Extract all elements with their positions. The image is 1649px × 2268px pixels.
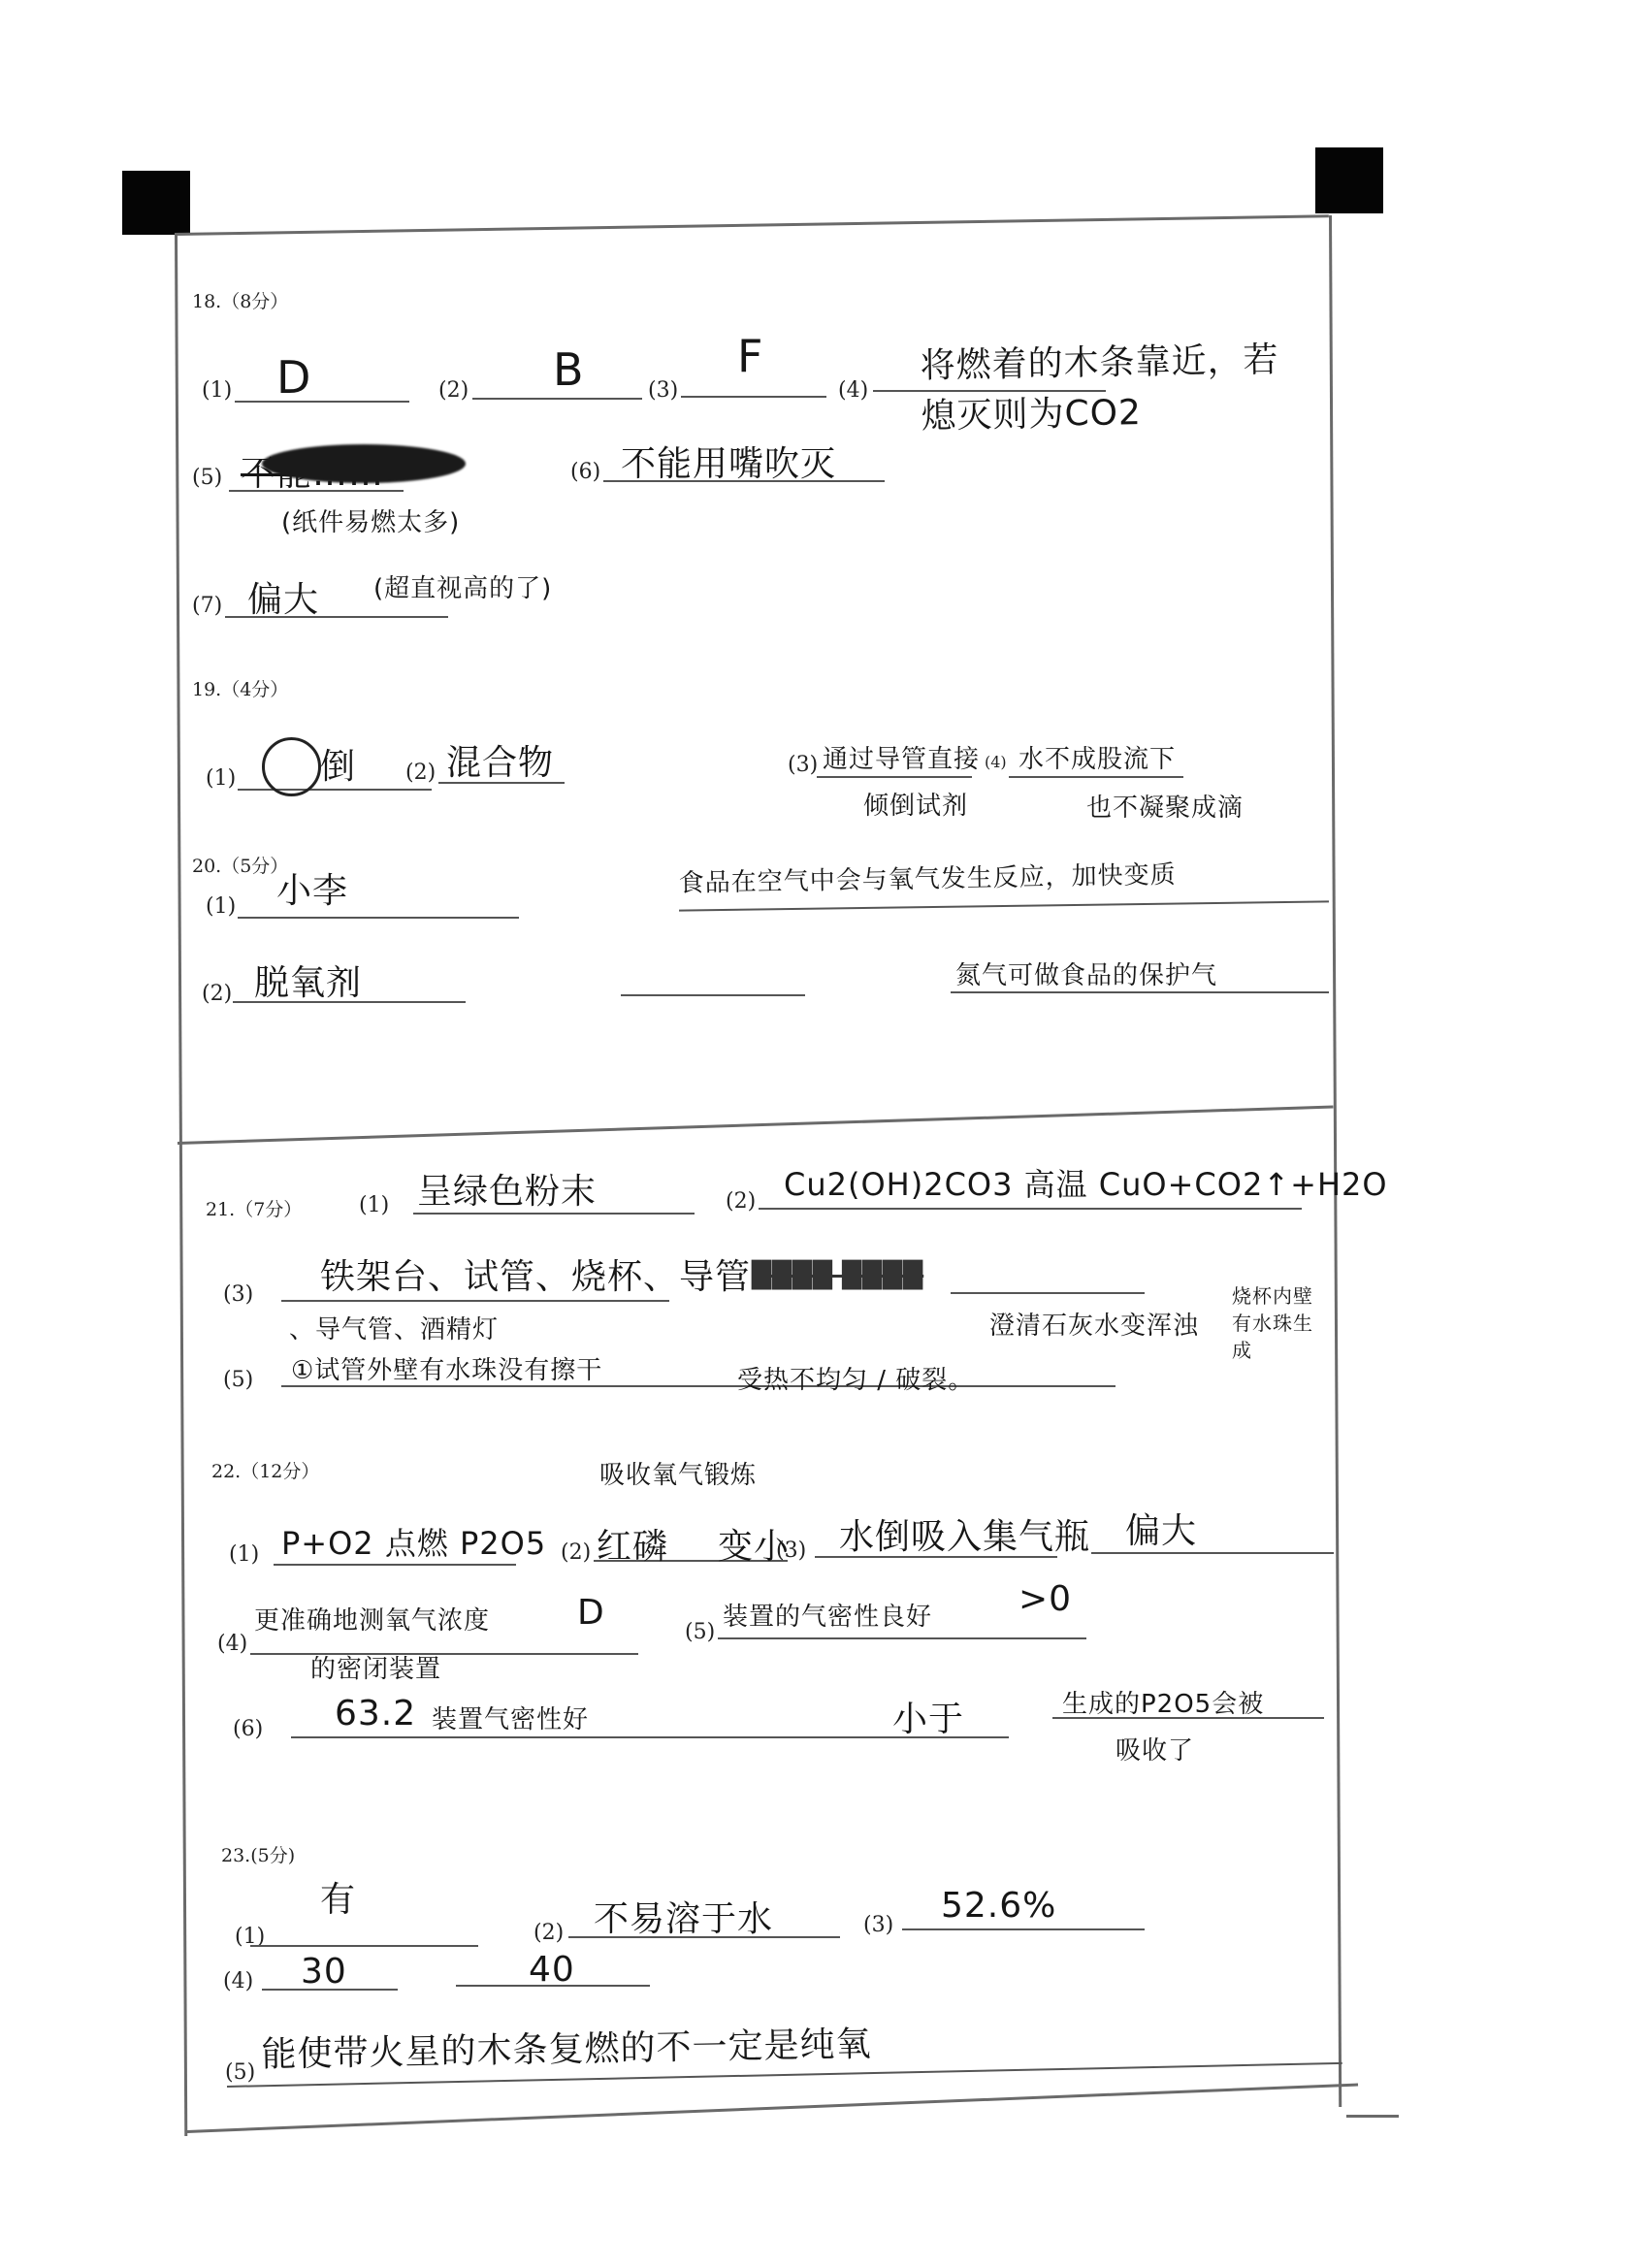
answer-q18-2: B: [553, 343, 585, 396]
sub-number: (2): [202, 982, 232, 1006]
answer-q22-4-note: 的密闭装置: [310, 1649, 441, 1685]
answer-q23-3: 52.6%: [941, 1886, 1056, 1926]
answer-q19-4: 水不成股流下: [1018, 739, 1176, 775]
sub-number: (2): [726, 1189, 756, 1214]
sub-number: (4): [217, 1632, 247, 1656]
frame-bottom-tick: [1346, 2115, 1399, 2118]
answer-q18-3: F: [737, 330, 763, 382]
scribble-out: [262, 444, 466, 483]
answer-blank: [902, 1928, 1145, 1930]
answer-q19-2: 混合物: [446, 735, 554, 785]
answer-blank: [621, 994, 805, 996]
question-label: 19.（4分）: [192, 675, 288, 701]
answer-q21-2: Cu2(OH)2CO3 高温 CuO+CO2↑+H2O: [784, 1160, 1388, 1205]
sub-number: (5): [223, 1368, 253, 1392]
answer-q19-4-note: 也不凝聚成滴: [1086, 788, 1244, 824]
answer-q22-6-note: 装置气密性好: [432, 1700, 589, 1735]
answer-q20-2: 脱氧剂: [254, 956, 362, 1005]
answer-blank: [718, 1637, 1086, 1639]
answer-blank: [238, 917, 519, 919]
sub-number: (4): [838, 378, 868, 403]
sub-number: (3): [223, 1282, 253, 1307]
answer-q21-crossed: ████ ████: [752, 1261, 923, 1290]
frame-top: [175, 214, 1329, 236]
answer-q22-5-extra: >0: [1018, 1579, 1072, 1619]
sub-number: (1): [206, 766, 236, 791]
frame-left: [175, 235, 187, 2136]
answer-q21-1: 呈绿色粉末: [417, 1164, 597, 1214]
answer-blank: [951, 1292, 1145, 1294]
sub-number: (2): [533, 1921, 564, 1945]
answer-q20-2-reason: 氮气可做食品的保护气: [955, 956, 1217, 991]
answer-q20-1: 小李: [276, 863, 348, 913]
answer-q21-5: ①试管外壁有水珠没有擦干: [291, 1350, 602, 1386]
answer-q21-3: 铁架台、试管、烧杯、导管: [320, 1249, 751, 1299]
sub-number: (3): [648, 378, 678, 403]
question-label: 22.（12分）: [211, 1457, 319, 1483]
answer-q19-3-note: 倾倒试剂: [863, 786, 968, 822]
answer-q19-3: 通过导管直接: [823, 739, 980, 775]
answer-blank: [281, 1300, 669, 1302]
sub-number: (2): [561, 1540, 591, 1565]
answer-blank: [274, 1564, 516, 1566]
circled-correction: [262, 737, 321, 796]
answer-q22-6: 63.2: [335, 1694, 416, 1733]
answer-q19-1: 倒: [320, 739, 356, 789]
sub-number: (1): [359, 1193, 389, 1217]
answer-q22-2-note: 吸收氧气锻炼: [599, 1455, 757, 1491]
answer-q20-1-reason: 食品在空气中会与氧气发生反应，加快变质: [678, 855, 1177, 899]
answer-q18-6: 不能用嘴吹灭: [621, 437, 836, 486]
sub-number: (6): [570, 460, 600, 484]
sub-number: (1): [229, 1542, 259, 1567]
sub-number: (5): [225, 2060, 255, 2085]
sub-number: (7): [192, 594, 222, 618]
answer-q23-5: 能使带火星的木条复燃的不一定是纯氧: [261, 2017, 872, 2077]
sub-number: (6): [233, 1717, 263, 1741]
answer-q22-6-extra: 小于: [892, 1692, 964, 1741]
frame-divider: [178, 1106, 1334, 1145]
answer-blank: [679, 900, 1329, 911]
answer-blank: [472, 398, 642, 400]
registration-mark-left: [122, 171, 190, 235]
answer-q23-1: 有: [320, 1872, 356, 1922]
answer-blank: [250, 1653, 638, 1655]
answer-q22-5: 装置的气密性良好: [723, 1597, 932, 1633]
answer-blank: [238, 789, 432, 791]
sub-number: (1): [202, 378, 232, 403]
sub-number: (1): [206, 894, 236, 919]
question-label: 20.（5分）: [192, 852, 288, 878]
answer-q18-5-note: (纸件易燃太多): [281, 502, 460, 538]
question-label: 18.（8分）: [192, 287, 288, 313]
answer-q21-4-note: 烧杯内壁有水珠生成: [1232, 1282, 1319, 1364]
sub-number: (3): [863, 1913, 893, 1937]
answer-blank: [817, 776, 972, 778]
answer-q22-7-note: 吸收了: [1115, 1731, 1194, 1766]
answer-q22-4: 更准确地测氧气浓度: [254, 1601, 490, 1636]
registration-mark-right: [1315, 147, 1383, 213]
answer-blank: [1009, 776, 1183, 778]
answer-q21-3-note: 、导气管、酒精灯: [289, 1310, 499, 1345]
answer-q18-7-note: (超直视高的了): [373, 568, 552, 604]
frame-bottom: [187, 2084, 1358, 2133]
question-label: 21.（7分）: [206, 1195, 302, 1221]
answer-q23-4b: 40: [529, 1950, 575, 1990]
answer-q21-5-note: 受热不均匀 / 破裂。: [737, 1360, 974, 1396]
sub-number: (2): [438, 378, 469, 403]
answer-blank: [759, 1208, 1302, 1210]
answer-q22-1: P+O2 点燃 P2O5: [281, 1519, 546, 1564]
answer-q22-2: 红磷: [597, 1519, 668, 1569]
answer-q22-3-extra: 偏大: [1125, 1504, 1197, 1553]
sub-number: (4): [985, 753, 1007, 771]
sub-number: (5): [685, 1620, 715, 1644]
sub-number: (5): [192, 466, 222, 490]
answer-q23-2: 不易溶于水: [594, 1892, 773, 1941]
sub-number: (2): [405, 761, 436, 785]
answer-blank: [250, 1945, 478, 1947]
question-label: 23.(5分): [221, 1841, 295, 1867]
answer-q21-4: 澄清石灰水变浑浊: [989, 1306, 1199, 1342]
answer-blank: [235, 401, 409, 403]
answer-q18-7: 偏大: [247, 572, 319, 622]
answer-q18-1: D: [276, 351, 311, 404]
answer-q18-4: 将燃着的木条靠近，若熄灭则为CO2: [920, 335, 1309, 442]
answer-q22-4-extra: D: [577, 1593, 605, 1633]
answer-q22-7: 生成的P2O5会被: [1062, 1684, 1264, 1720]
answer-q23-4a: 30: [301, 1952, 347, 1992]
sub-number: (3): [776, 1539, 806, 1563]
answer-blank: [681, 396, 826, 398]
answer-blank: [951, 991, 1329, 993]
answer-q22-3: 水倒吸入集气瓶: [839, 1509, 1090, 1559]
sub-number: (3): [788, 753, 818, 777]
answer-q18-4-text: 将燃着的木条靠近，若熄灭则为CO2: [920, 335, 1309, 442]
sub-number: (4): [223, 1969, 253, 1993]
